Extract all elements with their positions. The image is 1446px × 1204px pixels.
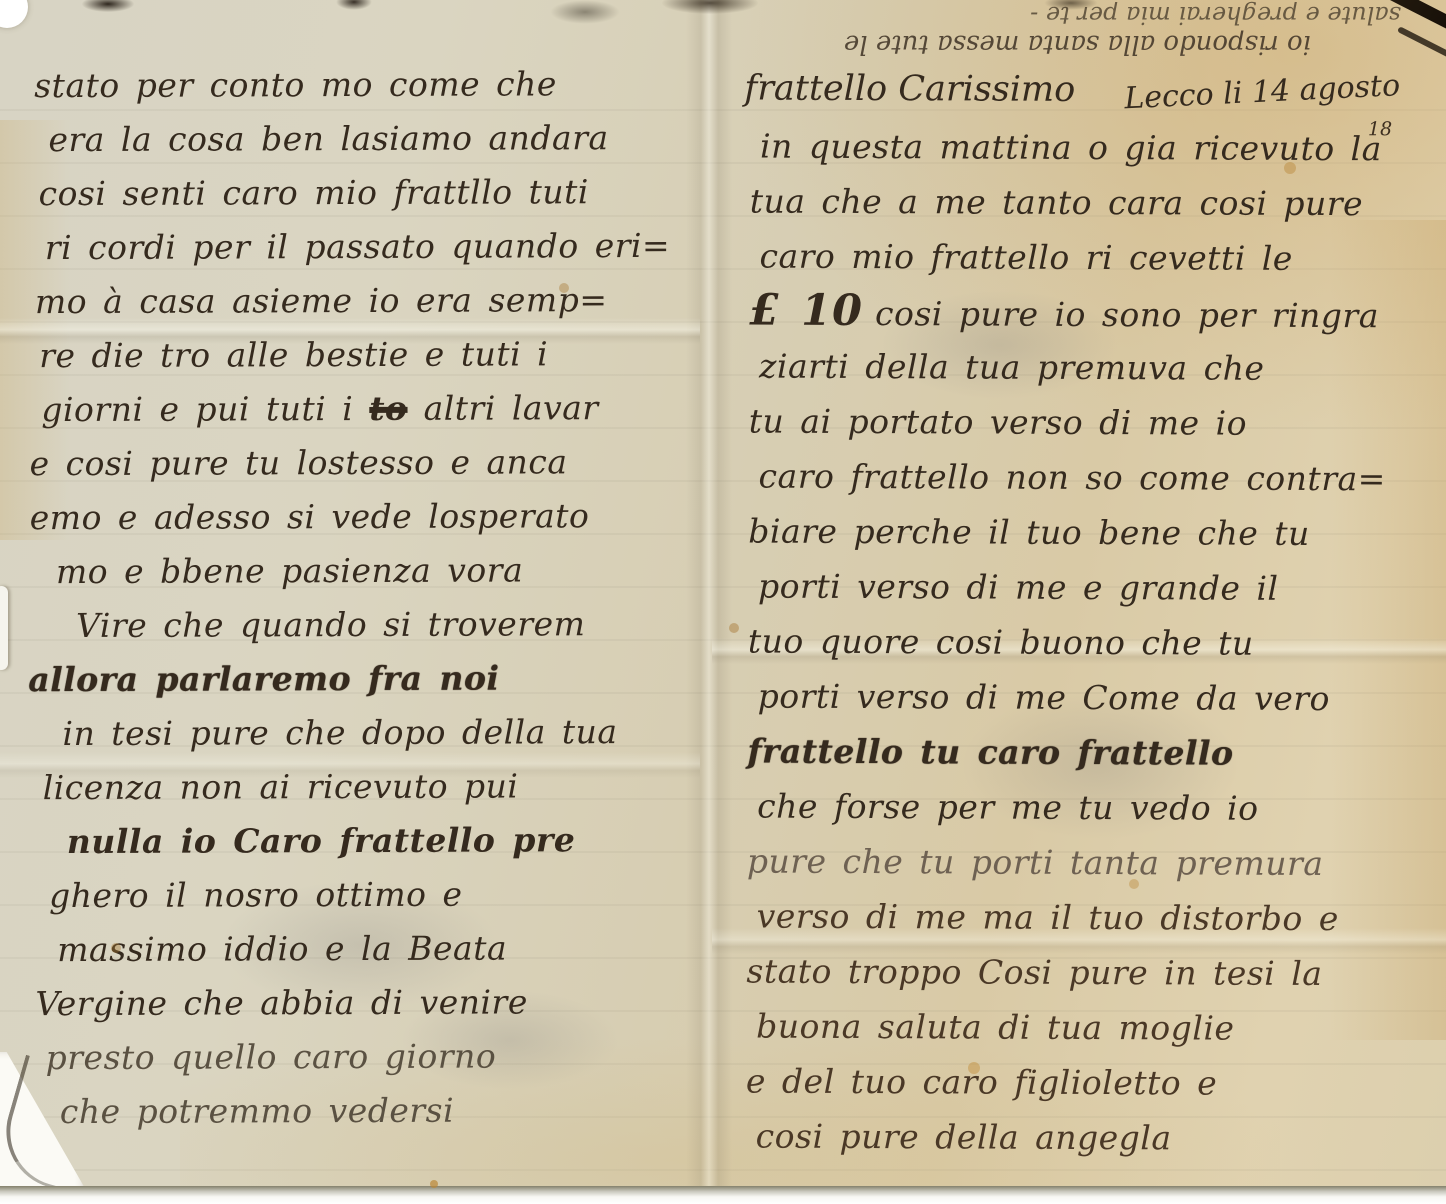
handwritten-line: Vire che quando si troverem <box>28 597 696 653</box>
handwritten-line: caro mio frattello ri cevetti le <box>743 228 1443 286</box>
handwritten-line: presto quello caro giorno <box>30 1029 698 1085</box>
handwritten-line: che forse per me tu vedo io <box>741 778 1441 836</box>
handwritten-line: che potremmo vedersi <box>30 1083 698 1139</box>
paper-nick-left-edge <box>0 586 8 670</box>
handwritten-line: ri cordi per il passato quando eri= <box>27 219 695 275</box>
handwritten-line: era la cosa ben lasiamo andara <box>26 111 694 167</box>
handwritten-line: pure che tu porti tanta premura <box>741 833 1441 891</box>
paper-specks <box>430 1180 438 1188</box>
dateline-place-date: Lecco li 14 agosto <box>1123 56 1402 129</box>
handwritten-line: ziarti della tua premuva che <box>743 338 1443 396</box>
handwritten-line: licenza non ai ricevuto pui <box>29 759 697 815</box>
handwritten-line: tua che a me tanto cara cosi pure <box>744 173 1444 231</box>
scan-bottom-edge <box>0 1186 1446 1204</box>
ink-smudge <box>550 0 620 24</box>
handwritten-line: cosi senti caro mio frattllo tuti <box>26 165 694 221</box>
handwritten-line: stato per conto mo come che <box>26 57 694 113</box>
handwritten-line: caro frattello non so come contra= <box>742 448 1442 506</box>
salutation: frattello Carissimo <box>744 58 1124 120</box>
letter-page-left: stato per conto mo come che era la cosa … <box>26 57 698 1139</box>
handwritten-line: stato troppo Cosi pure in tesi la <box>740 943 1440 1001</box>
amount-lire: £ 10 <box>749 286 863 336</box>
line-text: giorni e pui tuti i <box>41 389 369 429</box>
handwritten-line: in tesi pure che dopo della tua <box>28 705 696 761</box>
strikethrough-word: to <box>369 389 407 428</box>
handwritten-line: mo e bbene pasienza vora <box>28 543 696 599</box>
handwritten-line-with-amount: £ 10cosi pure io sono per ringra <box>743 283 1443 341</box>
handwritten-line: e del tuo caro figlioletto e <box>740 1053 1440 1111</box>
dateline-year: 18 <box>1368 99 1392 159</box>
handwritten-line: tu ai portato verso di me io <box>743 393 1443 451</box>
letter-scan: stato per conto mo come che era la cosa … <box>0 0 1446 1204</box>
handwritten-line: e cosi pure tu lostesso e anca <box>27 435 695 491</box>
handwritten-line: re die tro alle bestie e tuti i <box>27 327 695 383</box>
handwritten-line: porti verso di me e grande il <box>742 558 1442 616</box>
handwritten-line: tuo quore cosi buono che tu <box>742 613 1442 671</box>
handwritten-line-with-strikethrough: giorni e pui tuti i to altri lavar <box>27 381 695 437</box>
handwritten-line: massimo iddio e la Beata <box>29 921 697 977</box>
handwritten-line: frattello tu caro frattello <box>741 723 1441 781</box>
handwritten-line: emo e adesso si vede losperato <box>28 489 696 545</box>
handwritten-line: mo à casa asieme io era semp= <box>27 273 695 329</box>
handwritten-line: biare perche il tuo bene che tu <box>742 503 1442 561</box>
line-text: cosi pure io sono per ringra <box>875 294 1379 335</box>
handwritten-line: verso di me ma il tuo distorbo e <box>741 888 1441 946</box>
handwritten-line: in questa mattina o gia ricevuto la <box>744 118 1444 176</box>
handwritten-line: nulla io Caro frattello pre <box>29 813 697 869</box>
handwritten-line: Vergine che abbia di venire <box>29 975 697 1031</box>
letter-page-right: frattello CarissimoLecco li 14 agosto 18… <box>740 58 1445 1166</box>
inverted-marginalia-line: io rispondo alla santa messa tute le <box>745 29 1401 58</box>
handwritten-line: buona saluta di tua moglie <box>740 998 1440 1056</box>
handwritten-line: ghero il nosro ottimo e <box>29 867 697 923</box>
handwritten-line: cosi pure della angegla <box>740 1108 1440 1166</box>
letter-headline: frattello CarissimoLecco li 14 agosto 18 <box>744 58 1444 121</box>
line-text: altri lavar <box>407 388 598 428</box>
handwritten-line: allora parlaremo fra noi <box>28 651 696 707</box>
handwritten-line: porti verso di me Come da vero <box>742 668 1442 726</box>
